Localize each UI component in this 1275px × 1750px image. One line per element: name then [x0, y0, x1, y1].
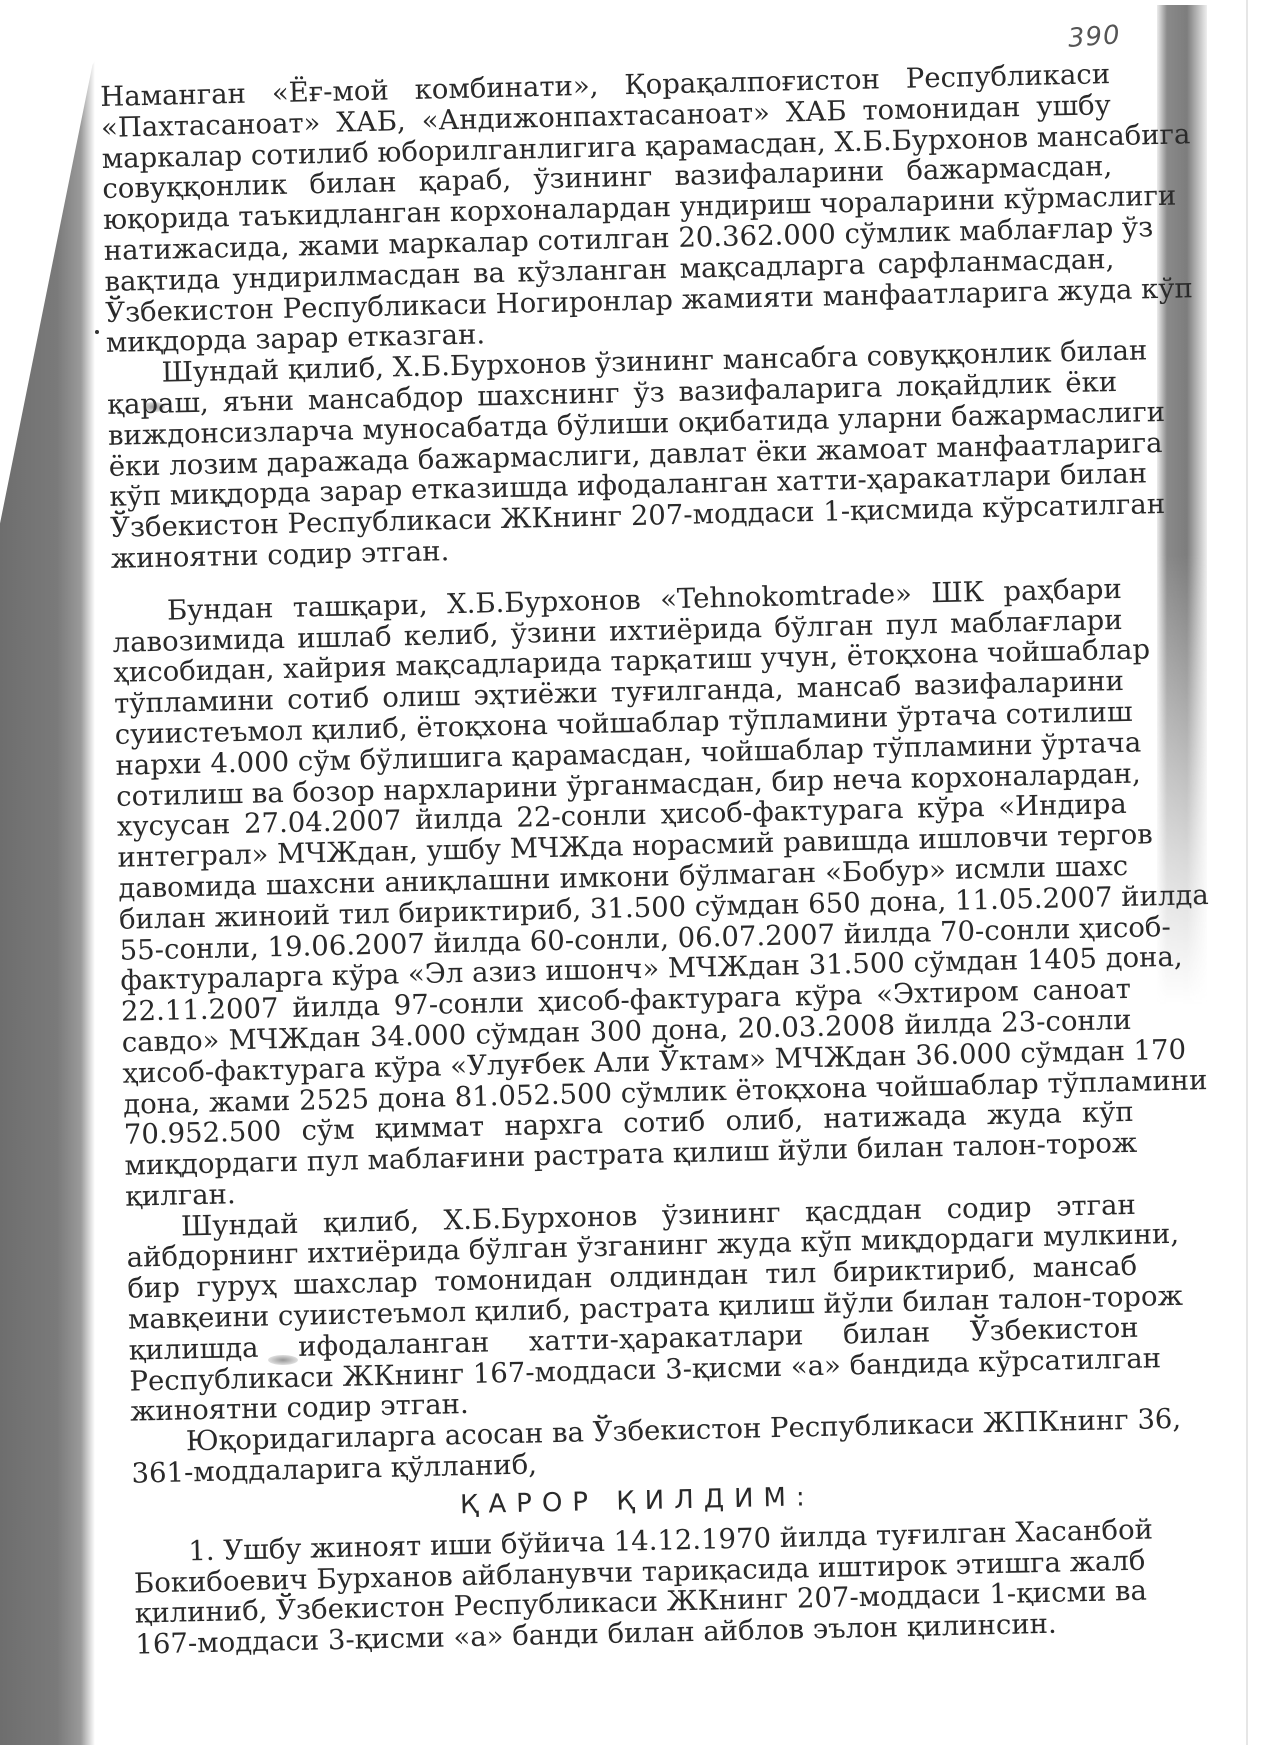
paragraph-3: Бундан ташқари, Х.Б.Бурхонов «Tehnokomtr…: [112, 574, 1136, 1213]
paragraph-6: 1. Ушбу жиноят иши бўйича 14.12.1970 йил…: [133, 1515, 1146, 1661]
scan-shadow-left: [0, 0, 95, 1745]
paragraph-1: Наманган «Ёғ-мой комбинати», Қорақалпоғи…: [100, 59, 1116, 359]
scan-speck: [95, 330, 99, 334]
document-body: Наманган «Ёғ-мой комбинати», Қорақалпоғи…: [100, 59, 1146, 1661]
paragraph-2: Шундай қилиб, Х.Б.Бурхонов ўзининг манса…: [106, 336, 1121, 574]
paragraph-4: Шундай қилиб, Х.Б.Бурхонов ўзининг қасдд…: [126, 1189, 1141, 1427]
scan-page-edge: [1246, 0, 1248, 1745]
handwritten-page-number: 390: [1067, 20, 1122, 54]
